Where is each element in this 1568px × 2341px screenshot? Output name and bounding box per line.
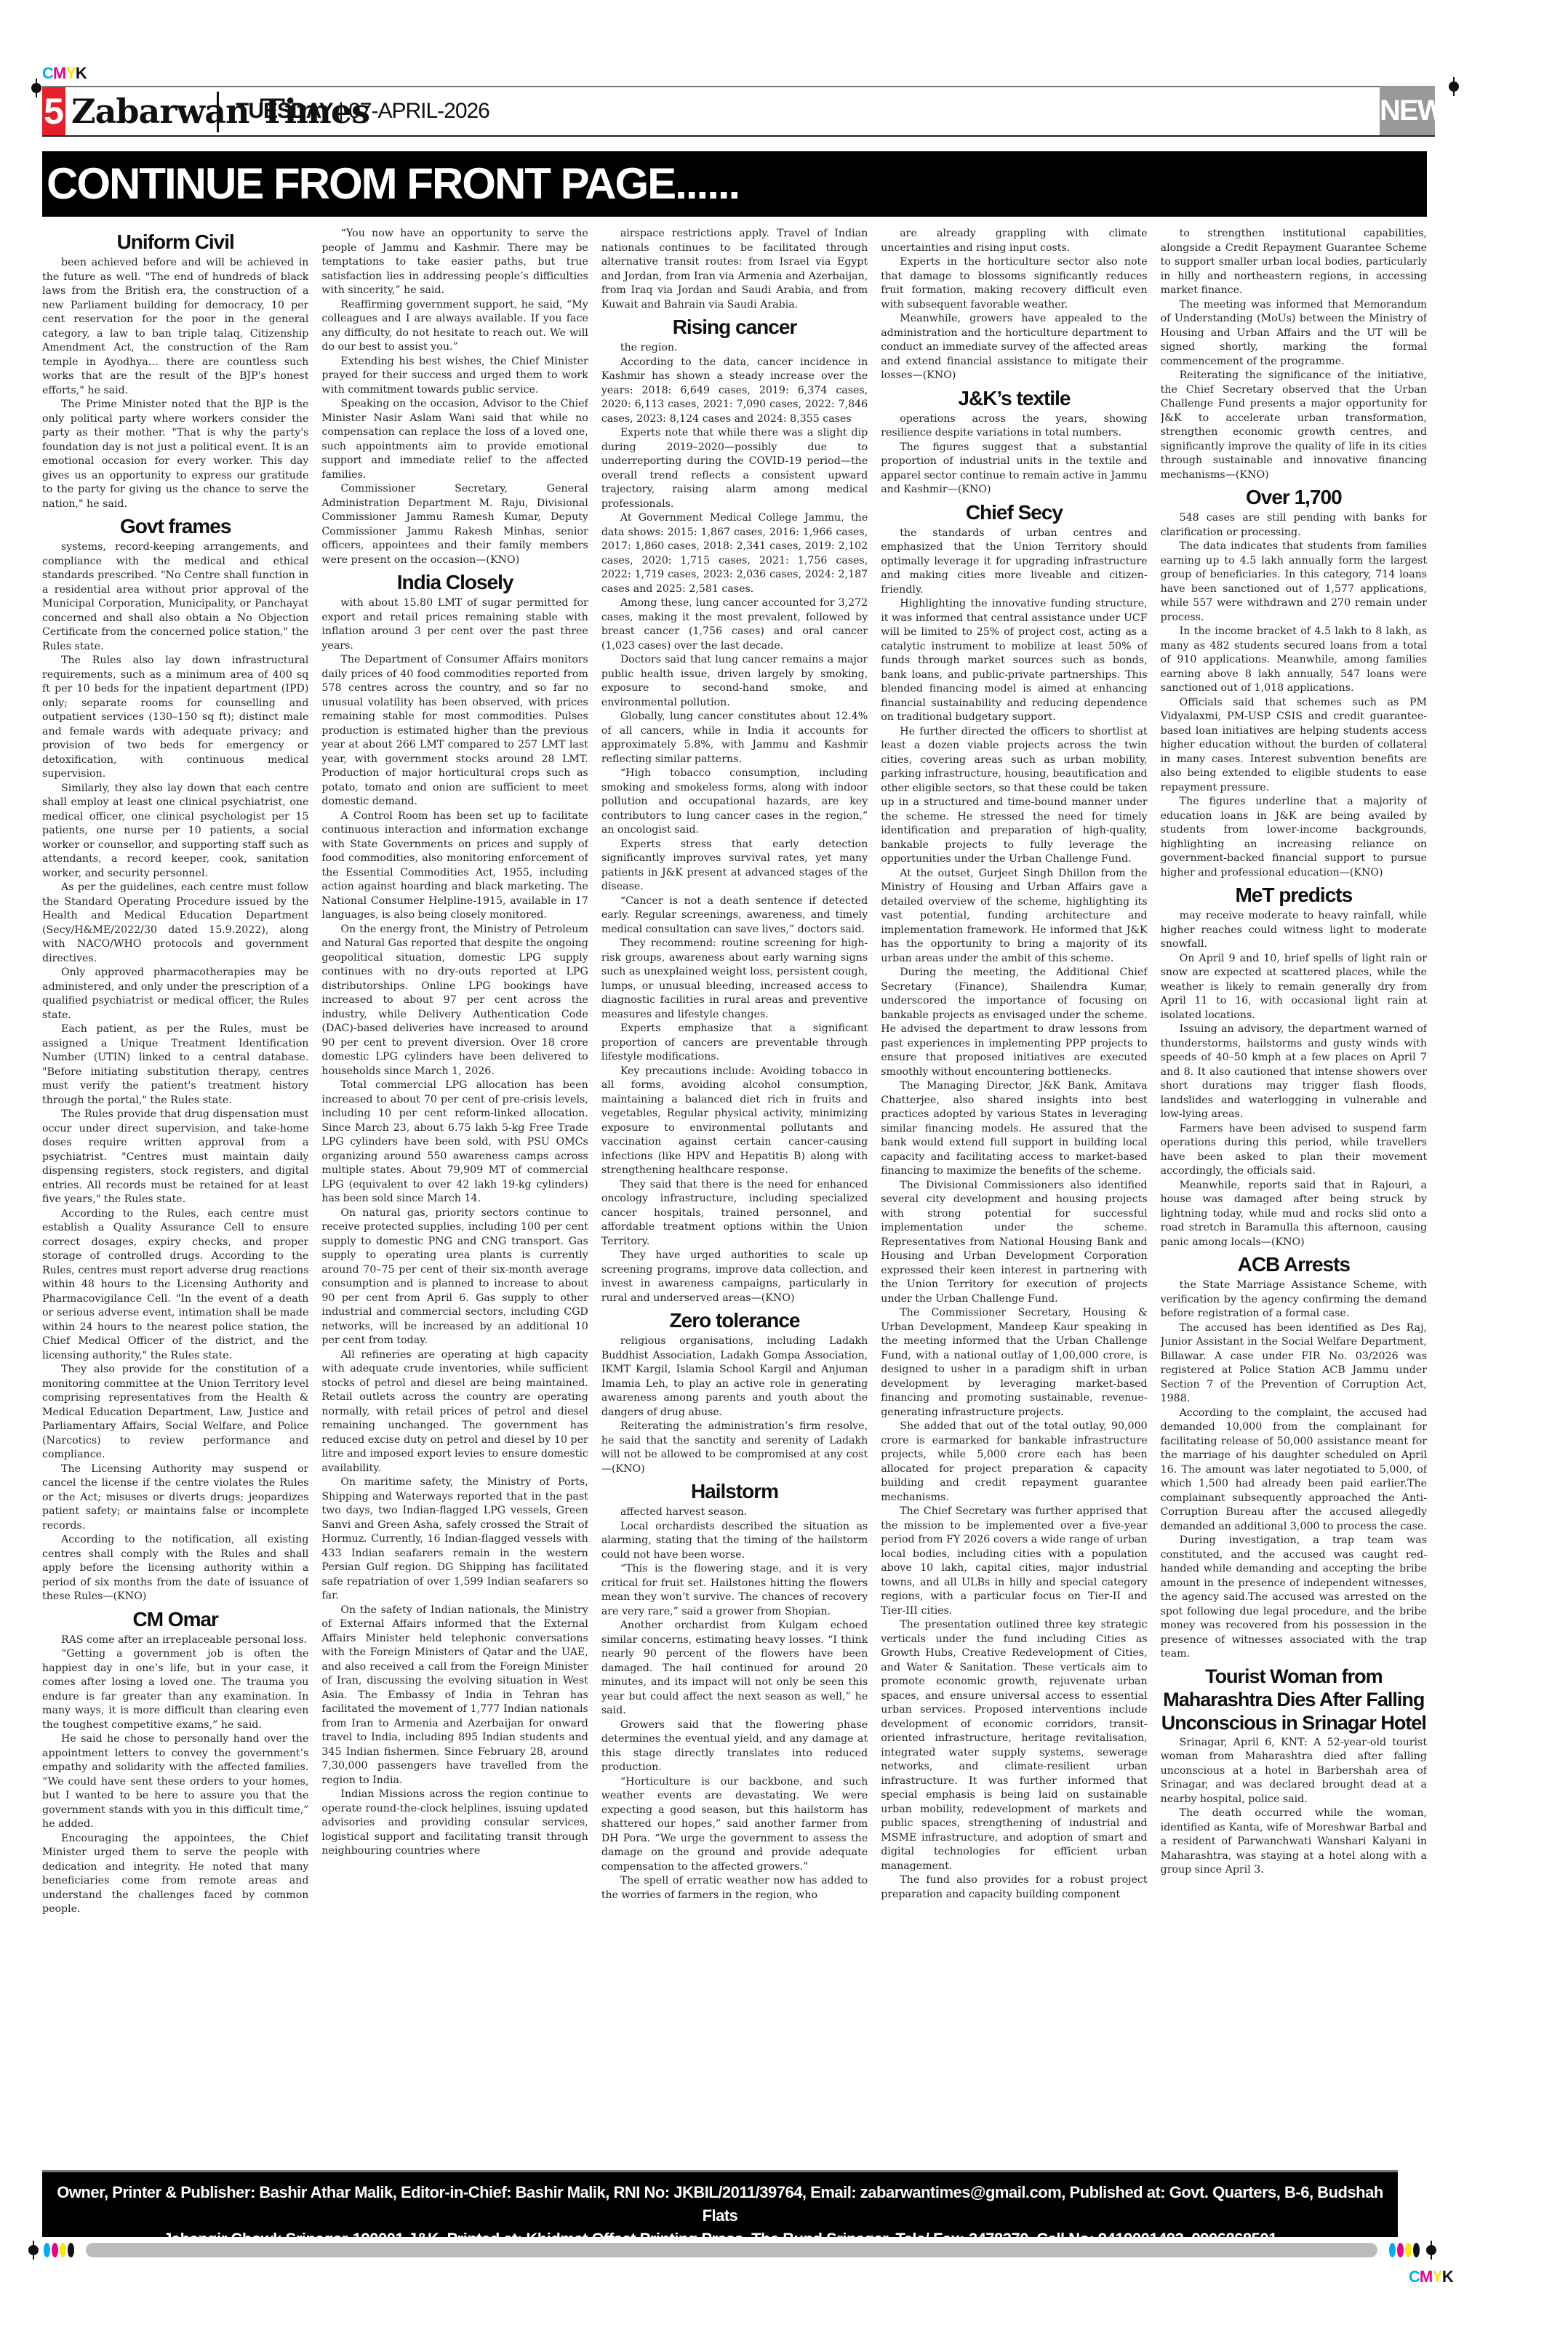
story-paragraph: On natural gas, priority sectors continu… [321, 1206, 588, 1348]
story-headline: ACB Arrests [1161, 1252, 1427, 1277]
story-paragraph: with about 15.80 LMT of sugar permitted … [321, 596, 588, 653]
story-paragraph: They have urged authorities to scale up … [601, 1249, 868, 1305]
story-paragraph: Experts emphasize that a significant pro… [601, 1022, 868, 1065]
page-banner: CONTINUE FROM FRONT PAGE...... [42, 151, 1427, 217]
story-paragraph: Highlighting the innovative funding stru… [881, 597, 1147, 725]
story-paragraph: The death occurred while the woman, iden… [1161, 1806, 1427, 1878]
story-paragraph: The Prime Minister noted that the BJP is… [42, 398, 308, 511]
story-paragraph: On maritime safety, the Ministry of Port… [321, 1476, 588, 1604]
story-paragraph: The Rules also lay down infrastructural … [42, 654, 308, 782]
story-paragraph: affected harvest season. [601, 1505, 868, 1520]
cmyk-marker-top: CMYK [42, 64, 87, 83]
yellow-dot [1405, 2243, 1412, 2257]
story-headline: Rising cancer [601, 315, 868, 340]
story-paragraph: Key precautions include: Avoiding tobacc… [601, 1065, 868, 1178]
story-paragraph: the State Marriage Assistance Scheme, wi… [1161, 1278, 1427, 1321]
yellow-dot [60, 2243, 66, 2257]
registration-mark-icon [1447, 77, 1461, 96]
story-paragraph: They said that there is the need for enh… [601, 1178, 868, 1249]
story-paragraph: 548 cases are still pending with banks f… [1161, 511, 1427, 540]
story-paragraph: may receive moderate to heavy rainfall, … [1161, 909, 1427, 952]
story-headline: Govt frames [42, 514, 308, 539]
story-paragraph: He further directed the officers to shor… [881, 725, 1147, 867]
story-headline: Chief Secy [881, 500, 1147, 525]
story-paragraph: According to the data, cancer incidence … [601, 356, 868, 427]
imprint-footer: Owner, Printer & Publisher: Bashir Athar… [42, 2170, 1398, 2237]
day-label: TUESDAY [236, 99, 333, 123]
cmyk-c: C [1409, 2268, 1420, 2286]
story-paragraph: Total commercial LPG allocation has been… [321, 1079, 588, 1206]
column-3: airspace restrictions apply. Travel of I… [601, 227, 868, 2176]
story-paragraph: Experts note that while there was a slig… [601, 426, 868, 511]
story-headline: Uniform Civil [42, 230, 308, 255]
story-paragraph: systems, record-keeping arrangements, an… [42, 540, 308, 654]
story-paragraph: According to the Rules, each centre must… [42, 1207, 308, 1364]
story-headline: CM Omar [42, 1607, 308, 1632]
story-paragraph: “Cancer is not a death sentence if detec… [601, 895, 868, 937]
story-paragraph: Each patient, as per the Rules, must be … [42, 1023, 308, 1108]
story-paragraph: Farmers have been advised to suspend far… [1161, 1122, 1427, 1179]
story-paragraph: Meanwhile, growers have appealed to the … [881, 312, 1147, 383]
story-paragraph: In the income bracket of 4.5 lakh to 8 l… [1161, 625, 1427, 696]
cmyk-dots-left [44, 2243, 74, 2257]
magenta-dot [1397, 2243, 1404, 2257]
story-headline: India Closely [321, 570, 588, 595]
story-paragraph: Among these, lung cancer accounted for 3… [601, 596, 868, 653]
story-paragraph: Reiterating the administration’s firm re… [601, 1420, 868, 1476]
page-number: 5 [42, 87, 65, 135]
story-paragraph: The Managing Director, J&K Bank, Amitava… [881, 1079, 1147, 1179]
story-paragraph: Indian Missions across the region contin… [321, 1788, 588, 1859]
story-headline: Hailstorm [601, 1479, 868, 1504]
cyan-dot [1389, 2243, 1396, 2257]
story-paragraph: During the meeting, the Additional Chief… [881, 966, 1147, 1079]
story-paragraph: The Divisional Commissioners also identi… [881, 1179, 1147, 1307]
story-paragraph: Experts in the horticulture sector also … [881, 255, 1147, 312]
cmyk-y: Y [65, 64, 76, 82]
story-headline: Tourist Woman from Maharashtra Dies Afte… [1161, 1665, 1427, 1734]
masthead-divider [217, 92, 219, 132]
story-paragraph: The Licensing Authority may suspend or c… [42, 1462, 308, 1534]
story-paragraph: Reaffirming government support, he said,… [321, 298, 588, 355]
story-paragraph: “Horticulture is our backbone, and such … [601, 1775, 868, 1875]
story-paragraph: the standards of urban centres and empha… [881, 527, 1147, 598]
story-headline: Over 1,700 [1161, 485, 1427, 510]
story-paragraph: Another orchardist from Kulgam echoed si… [601, 1619, 868, 1718]
story-paragraph: All refineries are operating at high cap… [321, 1348, 588, 1476]
story-paragraph: Only approved pharmacotherapies may be a… [42, 966, 308, 1023]
story-headline: J&K’s textile [881, 386, 1147, 411]
story-paragraph: According to the notification, all exist… [42, 1533, 308, 1604]
story-paragraph: The Rules provide that drug dispensation… [42, 1108, 308, 1207]
date-label: 07-APRIL-2026 [348, 99, 489, 123]
story-paragraph: RAS come after an irreplaceable personal… [42, 1633, 308, 1648]
imprint-line-1: Owner, Printer & Publisher: Bashir Athar… [57, 2181, 1383, 2228]
story-headline: Zero tolerance [601, 1308, 868, 1333]
story-paragraph: Commissioner Secretary, General Administ… [321, 482, 588, 567]
story-paragraph: He said he chose to personally hand over… [42, 1732, 308, 1832]
cmyk-k: K [76, 64, 87, 82]
story-paragraph: are already grappling with climate uncer… [881, 227, 1147, 255]
story-paragraph: The figures suggest that a substantial p… [881, 441, 1147, 497]
column-1: Uniform Civilbeen achieved before and wi… [42, 227, 308, 2176]
cmyk-c: C [42, 64, 53, 82]
registration-mark-icon [1424, 2241, 1439, 2260]
cyan-dot [44, 2243, 50, 2257]
story-paragraph: Globally, lung cancer constitutes about … [601, 710, 868, 767]
story-paragraph: The figures underline that a majority of… [1161, 795, 1427, 880]
story-paragraph: According to the complaint, the accused … [1161, 1406, 1427, 1534]
story-paragraph: The presentation outlined three key stra… [881, 1618, 1147, 1873]
story-headline: MeT predicts [1161, 883, 1427, 908]
story-paragraph: been achieved before and will be achieve… [42, 256, 308, 398]
story-paragraph: “You now have an opportunity to serve th… [321, 227, 588, 298]
grey-strip [86, 2243, 1377, 2257]
black-dot [68, 2243, 74, 2257]
story-paragraph: Encouraging the appointees, the Chief Mi… [42, 1832, 308, 1917]
black-dot [1413, 2243, 1420, 2257]
cmyk-k: K [1442, 2268, 1453, 2286]
story-paragraph: They recommend: routine screening for hi… [601, 937, 868, 1022]
registration-mark-icon [29, 79, 44, 97]
story-paragraph: On the safety of Indian nationals, the M… [321, 1604, 588, 1788]
story-paragraph: Extending his best wishes, the Chief Min… [321, 355, 588, 398]
column-4: are already grappling with climate uncer… [881, 227, 1147, 2176]
story-paragraph: She added that out of the total outlay, … [881, 1420, 1147, 1505]
story-paragraph: On the energy front, the Ministry of Pet… [321, 923, 588, 1079]
story-paragraph: The Chief Secretary was further apprised… [881, 1505, 1147, 1618]
story-paragraph: Doctors said that lung cancer remains a … [601, 653, 868, 710]
magenta-dot [52, 2243, 58, 2257]
story-paragraph: The fund also provides for a robust proj… [881, 1873, 1147, 1902]
story-paragraph: airspace restrictions apply. Travel of I… [601, 227, 868, 312]
story-paragraph: The meeting was informed that Memorandum… [1161, 298, 1427, 369]
cmyk-marker-bottom: CMYK [1409, 2268, 1453, 2286]
story-paragraph: The Department of Consumer Affairs monit… [321, 653, 588, 809]
story-paragraph: Meanwhile, reports said that in Rajouri,… [1161, 1179, 1427, 1250]
story-paragraph: to strengthen institutional capabilities… [1161, 227, 1427, 298]
registration-mark-icon [26, 2241, 41, 2260]
story-paragraph: At Government Medical College Jammu, the… [601, 511, 868, 596]
story-paragraph: The data indicates that students from fa… [1161, 540, 1427, 625]
story-paragraph: Local orchardists described the situatio… [601, 1520, 868, 1563]
story-paragraph: “Getting a government job is often the h… [42, 1647, 308, 1732]
story-paragraph: Similarly, they also lay down that each … [42, 782, 308, 881]
story-paragraph: operations across the years, showing res… [881, 412, 1147, 441]
story-paragraph: They also provide for the constitution o… [42, 1363, 308, 1462]
article-columns: Uniform Civilbeen achieved before and wi… [42, 227, 1427, 2176]
story-paragraph: On April 9 and 10, brief spells of light… [1161, 952, 1427, 1023]
column-5: to strengthen institutional capabilities… [1161, 227, 1427, 2176]
story-paragraph: Srinagar, April 6, KNT: A 52-year-old to… [1161, 1736, 1427, 1807]
story-paragraph: Experts stress that early detection sign… [601, 838, 868, 895]
story-paragraph: As per the guidelines, each centre must … [42, 881, 308, 966]
section-tag: NEWS [1380, 86, 1435, 135]
color-calibration-bar [42, 2243, 1421, 2257]
story-paragraph: The spell of erratic weather now has add… [601, 1874, 868, 1902]
dateline: TUESDAY | 07-APRIL-2026 [236, 87, 489, 135]
story-paragraph: Speaking on the occasion, Advisor to the… [321, 397, 588, 482]
story-paragraph: Officials said that schemes such as PM V… [1161, 696, 1427, 796]
story-paragraph: Growers said that the flowering phase de… [601, 1718, 868, 1775]
story-paragraph: “High tobacco consumption, including smo… [601, 767, 868, 838]
story-paragraph: The Commissioner Secretary, Housing & Ur… [881, 1306, 1147, 1420]
story-paragraph: During investigation, a trap team was co… [1161, 1534, 1427, 1662]
story-paragraph: Issuing an advisory, the department warn… [1161, 1023, 1427, 1122]
column-2: “You now have an opportunity to serve th… [321, 227, 588, 2176]
cmyk-m: M [53, 64, 65, 82]
story-paragraph: A Control Room has been set up to facili… [321, 809, 588, 923]
masthead: 5 Zabarwan Times TUESDAY | 07-APRIL-2026… [42, 86, 1435, 137]
story-paragraph: the region. [601, 341, 868, 356]
story-paragraph: The accused has been identified as Des R… [1161, 1321, 1427, 1406]
story-paragraph: religious organisations, including Ladak… [601, 1334, 868, 1420]
story-paragraph: Reiterating the significance of the init… [1161, 369, 1427, 482]
cmyk-y: Y [1432, 2268, 1442, 2286]
story-paragraph: “This is the flowering stage, and it is … [601, 1562, 868, 1619]
story-paragraph: At the outset, Gurjeet Singh Dhillon fro… [881, 867, 1147, 967]
cmyk-m: M [1420, 2268, 1432, 2286]
cmyk-dots-right [1389, 2243, 1420, 2257]
